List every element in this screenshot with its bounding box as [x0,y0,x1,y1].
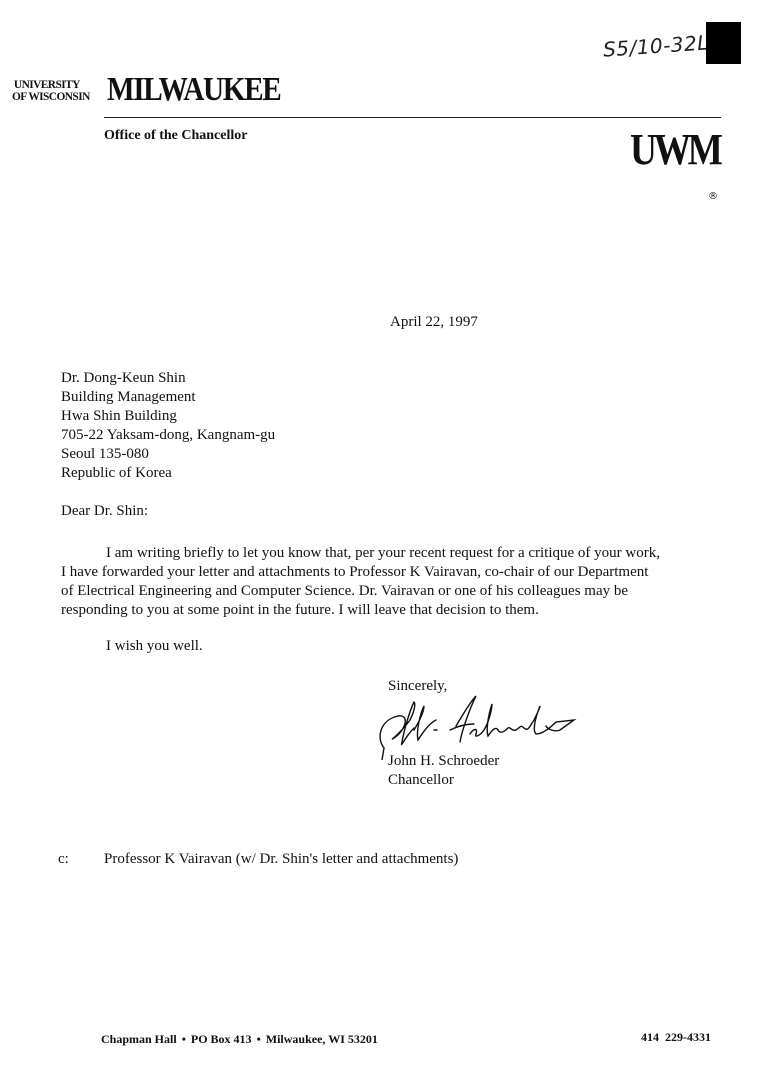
salutation: Dear Dr. Shin: [61,502,148,521]
footer-phone: 414 229-4331 [641,1030,711,1045]
letter-body: I am writing briefly to let you know tha… [61,544,701,620]
bullet-separator: • [177,1032,191,1046]
address-line: 705-22 Yaksam-dong, Kangnam-gu [61,426,275,445]
letter-date: April 22, 1997 [390,313,478,332]
closing-wish: I wish you well. [106,637,203,656]
logo-line-wisconsin: of Wisconsin [12,90,103,102]
footer-po-box: PO Box 413 [191,1032,252,1046]
logo-university-of-wisconsin: University of Wisconsin [12,78,103,102]
address-line: Republic of Korea [61,464,275,483]
signer-title: Chancellor [388,771,499,790]
body-line: I have forwarded your letter and attachm… [61,563,701,582]
footer-address: Chapman Hall•PO Box 413•Milwaukee, WI 53… [101,1032,378,1047]
logo-milwaukee: Milwaukee [107,71,280,109]
uwm-monogram: UWM [630,128,720,172]
handwritten-file-stamp: S5/10-32L [602,30,709,61]
office-name: Office of the Chancellor [104,128,247,144]
address-line: Dr. Dong-Keun Shin [61,369,275,388]
footer-city: Milwaukee, WI 53201 [266,1032,378,1046]
bullet-separator: • [252,1032,266,1046]
handwritten-signature [370,690,585,760]
signer-block: John H. Schroeder Chancellor [388,752,499,790]
letterhead-rule [104,117,721,118]
address-line: Seoul 135-080 [61,445,275,464]
address-line: Hwa Shin Building [61,407,275,426]
cc-recipient: Professor K Vairavan (w/ Dr. Shin's lett… [104,850,458,869]
address-line: Building Management [61,388,275,407]
signer-name: John H. Schroeder [388,752,499,771]
registered-mark: ® [708,191,718,202]
cc-label: c: [58,850,69,869]
recipient-address: Dr. Dong-Keun Shin Building Management H… [61,369,275,483]
body-line: I am writing briefly to let you know tha… [61,544,701,563]
redaction-block [706,22,741,64]
body-line: of Electrical Engineering and Computer S… [61,582,701,601]
body-line: responding to you at some point in the f… [61,601,701,620]
footer-building: Chapman Hall [101,1032,177,1046]
